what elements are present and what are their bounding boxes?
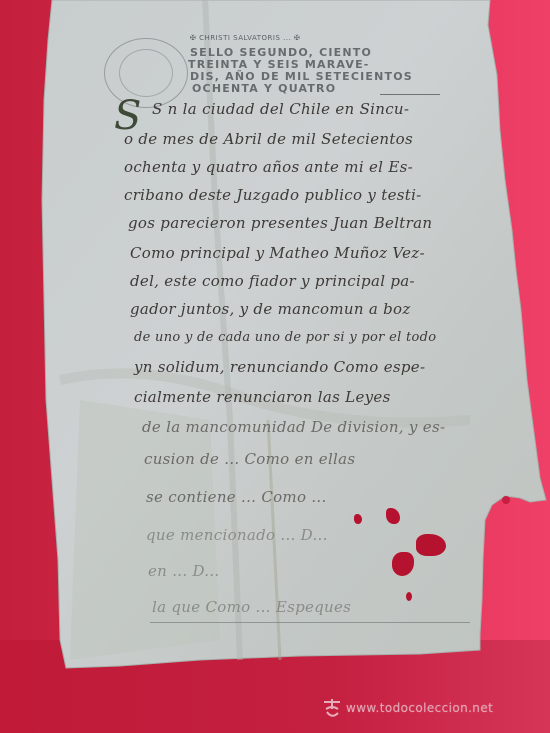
handwritten-line: o de mes de Abril de mil Setecientos (124, 130, 413, 148)
handwritten-line: Como principal y Matheo Muñoz Vez- (130, 244, 425, 262)
stamp-header-line: OCHENTA Y QUATRO (192, 82, 336, 95)
paper-hole (406, 592, 412, 601)
handwritten-line: la que Como ... Espeques (152, 598, 351, 616)
handwritten-line: de la mancomunidad De division, y es- (142, 418, 445, 436)
watermark: www.todocoleccion.net (322, 697, 493, 719)
watermark-url: www.todocoleccion.net (346, 701, 493, 715)
todocoleccion-tc-logo-icon (322, 697, 342, 719)
paper-hole (354, 514, 362, 524)
stamp-header-small: ✠ CHRISTI SALVATORIS ... ✠ (190, 34, 300, 42)
paper-hole (416, 534, 446, 556)
handwritten-line: gador juntos, y de mancomun a boz (130, 300, 411, 318)
closing-rule-line (150, 622, 470, 623)
handwritten-line: cusion de ... Como en ellas (144, 450, 355, 468)
handwritten-line: se contiene ... Como ... (146, 488, 327, 506)
handwritten-line: del, este como fiador y principal pa- (130, 272, 415, 290)
header-flourish-line (380, 94, 440, 95)
handwritten-line: en ... D... (148, 562, 219, 580)
paper-hole (502, 496, 510, 504)
handwritten-line: de uno y de cada uno de por si y por el … (134, 330, 436, 345)
handwritten-line: cribano deste Juzgado publico y testi- (124, 186, 422, 204)
handwritten-line: ochenta y quatro años ante mi el Es- (124, 158, 413, 176)
handwritten-line: S n la ciudad del Chile en Sincu- (152, 100, 409, 118)
handwritten-line: que mencionado ... D... (146, 526, 328, 544)
handwritten-line: cialmente renunciaron las Leyes (134, 388, 391, 406)
document-sheet: ✠ CHRISTI SALVATORIS ... ✠ SELLO SEGUNDO… (0, 0, 550, 733)
handwritten-line: gos parecieron presentes Juan Beltran (128, 214, 432, 232)
handwritten-line: yn solidum, renunciando Como espe- (134, 358, 425, 376)
